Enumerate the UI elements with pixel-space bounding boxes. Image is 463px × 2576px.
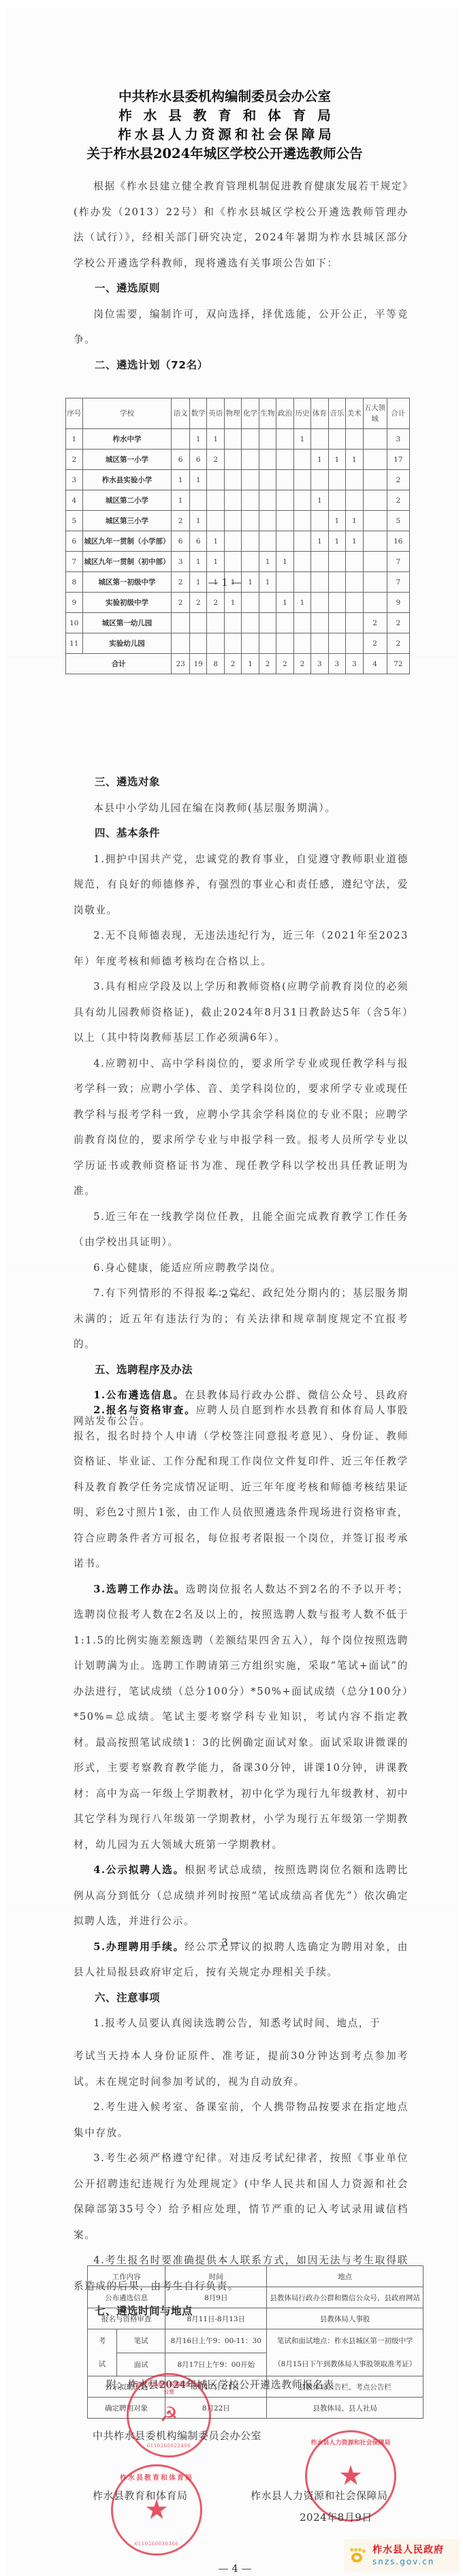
plan-cell: 1: [328, 511, 345, 531]
plan-cell: [293, 450, 310, 470]
plan-cell: [363, 490, 387, 511]
plan-cell: [346, 490, 363, 511]
condition-1: 1.拥护中国共产党，忠诚党的教育事业，自觉遵守教师职业道德规范，有良好的师德修养…: [74, 847, 409, 924]
plan-cell: [259, 593, 276, 613]
header-task: 工作内容: [88, 2266, 165, 2287]
time-cell: 8月16日上午9：00-11：30: [165, 2329, 267, 2353]
total-cell: 2: [259, 654, 276, 674]
plan-cell: [363, 593, 387, 613]
plan-cell: 7: [66, 552, 83, 572]
stamp-1-code: 6110260022406: [129, 2443, 209, 2449]
plan-cell: [242, 470, 259, 490]
total-cell: 23: [172, 654, 190, 674]
stamp-2-code: 6110260030366: [113, 2541, 200, 2547]
plan-cell: [276, 490, 293, 511]
plan-cell: 5: [387, 511, 409, 531]
plan-cell: 1: [346, 531, 363, 552]
star-icon: ★: [338, 2462, 363, 2489]
plan-cell: [224, 633, 241, 654]
plan-cell: [242, 450, 259, 470]
plan-cell: [293, 633, 310, 654]
exam-place-line-1: 笔试和面试地点：柞水县城区第一初级中学: [268, 2329, 421, 2353]
header-cell: 美术: [346, 398, 363, 429]
education-bureau-stamp: 柞水县教育和体育局 ★ 6110260030366: [111, 2464, 202, 2556]
plan-table-row: 2城区第一小学66211117: [66, 450, 410, 470]
plan-cell: [242, 531, 259, 552]
plan-cell: [311, 511, 328, 531]
plan-cell: [259, 633, 276, 654]
plan-cell: [311, 552, 328, 572]
title-line-2: 柞水县教育和体育局: [0, 106, 449, 125]
plan-cell: 9: [387, 593, 409, 613]
plan-table-total-row: 合计2319821222333472: [66, 654, 410, 674]
procedure-3: 3.选聘工作办法。选聘岗位报名人数达不到2名的不予以开考；选聘岗位报考人数在2名…: [74, 1577, 409, 1858]
header-cell: 体育: [311, 398, 328, 429]
total-cell: 2: [293, 654, 310, 674]
plan-table-row: 7城区九年一贯制（初中部）311117: [66, 552, 410, 572]
total-cell: 72: [387, 654, 409, 674]
plan-cell: [311, 633, 328, 654]
plan-cell: [346, 633, 363, 654]
total-cell: 8: [207, 654, 224, 674]
plan-cell: [242, 429, 259, 450]
exam-label-cell: 考 试: [88, 2329, 117, 2376]
plan-cell: 1: [172, 490, 190, 511]
plan-cell: 2: [363, 633, 387, 654]
plan-cell: [224, 511, 241, 531]
procedure-3-text: 选聘岗位报名人数达不到2名的不予以开考；选聘岗位报考人数在2名及以上的，按照选聘…: [74, 1584, 409, 1851]
plan-cell: 2: [387, 613, 409, 633]
time-cell: 8月17日上午9：00开始: [165, 2353, 267, 2376]
plan-cell: [346, 470, 363, 490]
plan-cell: [346, 429, 363, 450]
school-name-cell: 城区第三小学: [82, 511, 172, 531]
plan-table-row: 10城区第一幼儿园22: [66, 613, 410, 633]
task-cell: 笔试: [117, 2329, 165, 2353]
watermark-site-name: 柞水县人民政府: [372, 2544, 444, 2556]
header-cell: 五大领域: [363, 398, 387, 429]
site-watermark[interactable]: 柞水县人民政府 snzs.gov.cn: [344, 2539, 460, 2572]
plan-cell: 1: [311, 490, 328, 511]
plan-cell: [242, 593, 259, 613]
plan-cell: [224, 613, 241, 633]
task-cell: 面试: [117, 2353, 165, 2376]
plan-cell: [276, 633, 293, 654]
plan-cell: [346, 613, 363, 633]
plan-cell: 1: [189, 511, 207, 531]
time-cell: 8月9日: [165, 2287, 267, 2308]
plan-cell: 2: [66, 450, 83, 470]
plan-cell: [346, 593, 363, 613]
procedure-4: 4.公示拟聘人选。根据考试总成绩，按照选聘岗位名额和选聘比例从高分到低分（总成绩…: [74, 1857, 409, 1934]
plan-cell: 2: [387, 633, 409, 654]
page-number-1: — 1 —: [0, 576, 449, 588]
plan-cell: [242, 633, 259, 654]
header-cell: 英语: [207, 398, 224, 429]
section-5-heading: 五、选聘程序及办法: [74, 1357, 409, 1383]
plan-cell: 1: [293, 429, 310, 450]
page1-body: 根据《柞水县建立健全教育管理机制促进教育健康发展若干规定》(柞办发（2013）2…: [74, 174, 409, 378]
plan-cell: 2: [189, 593, 207, 613]
total-cell: 3: [311, 654, 328, 674]
plan-cell: [259, 613, 276, 633]
signature-date: 2024年8月9日: [300, 2510, 372, 2524]
header-cell: 学校: [82, 398, 172, 429]
plan-cell: 1: [293, 593, 310, 613]
hammer-sickle-icon: ☭: [160, 2405, 178, 2425]
exam-place-line-2: （8月15日下午到教体局人事股领取准考证）: [268, 2353, 421, 2376]
header-cell: 政治: [276, 398, 293, 429]
attachment-note[interactable]: 附：柞水县2024年城区学校公开遴选教师报名表: [106, 2377, 334, 2391]
school-name-cell: 城区九年一贯制（小学部）: [82, 531, 172, 552]
plan-cell: 7: [387, 552, 409, 572]
plan-cell: [224, 470, 241, 490]
plan-cell: [293, 613, 310, 633]
plan-cell: 9: [66, 593, 83, 613]
plan-cell: 3: [172, 552, 190, 572]
plan-cell: [242, 490, 259, 511]
plan-cell: 1: [328, 531, 345, 552]
plan-cell: 1: [66, 429, 83, 450]
plan-table-row: 1柞水中学1113: [66, 429, 410, 450]
exam-label-bottom: 试: [89, 2353, 115, 2376]
plan-cell: 6: [189, 450, 207, 470]
plan-cell: [259, 490, 276, 511]
plan-cell: [224, 450, 241, 470]
plan-cell: [224, 490, 241, 511]
plan-cell: [172, 613, 190, 633]
section-4-heading: 四、基本条件: [74, 821, 409, 847]
plan-cell: 1: [172, 470, 190, 490]
intro-paragraph: 根据《柞水县建立健全教育管理机制促进教育健康发展若干规定》(柞办发（2013）2…: [74, 174, 409, 276]
plan-cell: 1: [346, 511, 363, 531]
page-number-2: — 2 —: [0, 1288, 449, 1300]
schedule-row: 公布遴选信息 8月9日 县教体局行政办公群和微信公众号、县政府网站: [88, 2287, 424, 2308]
stamp-3-text: 柞水县人力资源和社会保障局: [307, 2438, 394, 2447]
school-name-cell: 城区九年一贯制（初中部）: [82, 552, 172, 572]
school-name-cell: 实验初级中学: [82, 593, 172, 613]
plan-cell: 1: [276, 552, 293, 572]
plan-cell: 2: [387, 470, 409, 490]
plan-cell: [363, 511, 387, 531]
plan-cell: 3: [66, 470, 83, 490]
plan-cell: [293, 470, 310, 490]
condition-6: 6.身心健康，能适应所应聘教学岗位。: [74, 1255, 409, 1281]
plan-cell: [328, 552, 345, 572]
section-1-text: 岗位需要，编制许可，双向选择，择优选能，公开公正，平等竞争。: [74, 302, 409, 353]
procedure-4-lead: 4.公示拟聘人选。: [93, 1864, 185, 1876]
plan-cell: [259, 450, 276, 470]
plan-cell: [276, 613, 293, 633]
plan-cell: 2: [172, 593, 190, 613]
plan-cell: [207, 613, 224, 633]
total-cell: 2: [224, 654, 241, 674]
plan-cell: [328, 593, 345, 613]
exam-label-top: 考: [89, 2329, 115, 2353]
place-cell: 县教体局行政办公群和微信公众号、县政府网站: [267, 2287, 424, 2308]
plan-cell: [224, 552, 241, 572]
plan-cell: [172, 429, 190, 450]
school-name-cell: 实验幼儿园: [82, 633, 172, 654]
plan-cell: 1: [276, 593, 293, 613]
section-2-heading: 二、遴选计划（72名）: [74, 353, 409, 379]
plan-cell: 2: [172, 511, 190, 531]
plan-cell: 2: [207, 593, 224, 613]
header-cell: 合计: [387, 398, 409, 429]
header-cell: 语文: [172, 398, 190, 429]
plan-cell: [328, 633, 345, 654]
plan-cell: 6: [172, 531, 190, 552]
plan-table-row: 4城区第二小学112: [66, 490, 410, 511]
plan-cell: [224, 429, 241, 450]
task-cell: 报名与资格审查: [88, 2308, 165, 2329]
school-name-cell: 柞水中学: [82, 429, 172, 450]
plan-cell: 2: [363, 613, 387, 633]
plan-cell: [328, 429, 345, 450]
plan-cell: 3: [387, 429, 409, 450]
total-cell: 1: [242, 654, 259, 674]
plan-cell: [207, 511, 224, 531]
plan-cell: 1: [207, 552, 224, 572]
plan-cell: [172, 633, 190, 654]
plan-cell: [207, 633, 224, 654]
exam-place-cell: 笔试和面试地点：柞水县城区第一初级中学 （8月15日下午到教体局人事股领取准考证…: [267, 2329, 424, 2376]
place-cell: 县教体局人事股: [267, 2308, 424, 2329]
plan-cell: [276, 531, 293, 552]
plan-cell: [328, 613, 345, 633]
section-3-text: 本县中小学幼儿园在编在岗教师(基层服务期满）。: [74, 796, 409, 821]
page-number-3: — 3 —: [0, 1936, 449, 1949]
header-cell: 数学: [189, 398, 207, 429]
total-cell: 2: [276, 654, 293, 674]
plan-cell: [311, 470, 328, 490]
schedule-row: 报名与资格审查 8月11日-8月13日 县教体局人事股: [88, 2308, 424, 2329]
plan-cell: [189, 633, 207, 654]
plan-cell: [363, 552, 387, 572]
signature-org-1: 中共柞水县委机构编制委员会办公室: [93, 2428, 261, 2443]
total-cell: 3: [328, 654, 345, 674]
plan-cell: [328, 470, 345, 490]
plan-cell: 6: [189, 531, 207, 552]
time-cell: 8月11日-8月13日: [165, 2308, 267, 2329]
plan-cell: [276, 450, 293, 470]
plan-cell: 6: [172, 450, 190, 470]
header-cell: 化学: [242, 398, 259, 429]
title-line-1: 中共柞水县委机构编制委员会办公室: [0, 87, 449, 106]
plan-cell: 16: [387, 531, 409, 552]
plan-cell: [276, 470, 293, 490]
plan-cell: [207, 490, 224, 511]
title-line-4: 关于柞水县2024年城区学校公开遴选教师公告: [0, 144, 449, 163]
plan-cell: 1: [189, 429, 207, 450]
plan-cell: [189, 490, 207, 511]
note-1-part-2: 考试当天持本人身份证原件、准考证，提前30分钟达到考点参加考试。未在规定时间参加…: [74, 2043, 409, 2094]
procedure-2-lead: 2.报名与资格审查。: [93, 1404, 195, 1416]
plan-cell: [259, 470, 276, 490]
plan-cell: [328, 490, 345, 511]
condition-4: 4.应聘初中、高中学科岗位的，要求所学专业或现任教学科与报考学科一致；应聘小学体…: [74, 1051, 409, 1204]
plan-cell: 1: [311, 531, 328, 552]
section-6-heading: 六、注意事项: [74, 1985, 409, 2011]
page2-body: 三、遴选对象 本县中小学幼儿园在编在岗教师(基层服务期满）。 四、基本条件 1.…: [74, 770, 409, 1434]
school-name-cell: 城区第二小学: [82, 490, 172, 511]
plan-cell: 1: [259, 552, 276, 572]
plan-cell: [346, 552, 363, 572]
government-logo-icon: [349, 2547, 366, 2564]
plan-cell: 17: [387, 450, 409, 470]
plan-cell: [207, 470, 224, 490]
plan-cell: 2: [387, 490, 409, 511]
plan-cell: [363, 531, 387, 552]
hr-bureau-stamp: 柞水县人力资源和社会保障局 ★: [305, 2430, 396, 2522]
plan-cell: 10: [66, 613, 83, 633]
total-cell: 3: [346, 654, 363, 674]
total-cell: 4: [363, 654, 387, 674]
plan-cell: [189, 613, 207, 633]
plan-cell: [293, 531, 310, 552]
signature-org-3: 柞水县人力资源和社会保障局: [251, 2488, 388, 2502]
plan-cell: 6: [66, 531, 83, 552]
header-time: 时间: [165, 2266, 267, 2287]
schedule-row-exam-written: 考 试 笔试 8月16日上午9：00-11：30 笔试和面试地点：柞水县城区第一…: [88, 2329, 424, 2353]
plan-cell: 2: [207, 450, 224, 470]
schedule-header: 工作内容 时间 地点: [88, 2266, 424, 2287]
task-cell: 公布遴选信息: [88, 2287, 165, 2308]
plan-table-row: 11实验幼儿园22: [66, 633, 410, 654]
header-cell: 生物: [259, 398, 276, 429]
plan-cell: [311, 613, 328, 633]
section-3-heading: 三、遴选对象: [74, 770, 409, 796]
total-label-cell: 合计: [66, 654, 172, 674]
recruitment-plan-table: 序号 学校 语文 数学 英语 物理 化学 生物 政治 历史 体育 音乐 美术 五…: [65, 398, 410, 674]
plan-cell: [311, 593, 328, 613]
plan-cell: [242, 613, 259, 633]
school-name-cell: 柞水县实验小学: [82, 470, 172, 490]
plan-cell: 1: [328, 450, 345, 470]
plan-table-row: 5城区第三小学21115: [66, 511, 410, 531]
signature-org-2: 柞水县教育和体育局: [93, 2488, 188, 2502]
plan-cell: [293, 552, 310, 572]
plan-table-row: 9实验初级中学2221119: [66, 593, 410, 613]
plan-cell: 1: [189, 470, 207, 490]
plan-table-body: 1柞水中学11132城区第一小学662111173柞水县实验小学1124城区第二…: [66, 429, 410, 674]
section-1-heading: 一、遴选原则: [74, 276, 409, 302]
header-place: 地点: [267, 2266, 424, 2287]
document-title: 中共柞水县委机构编制委员会办公室 柞水县教育和体育局 柞水县人力资源和社会保障局…: [0, 87, 449, 163]
note-2: 2.考生进入候考室、备课室前，个人携带物品按要求在指定地点集中存放。: [74, 2094, 409, 2146]
plan-cell: [311, 429, 328, 450]
plan-table-row: 6城区九年一贯制（小学部）66111116: [66, 531, 410, 552]
plan-cell: [276, 429, 293, 450]
title-line-3: 柞水县人力资源和社会保障局: [0, 125, 449, 144]
plan-cell: [363, 470, 387, 490]
procedure-2-text: 应聘人员自愿到柞水县教育和体育局人事股报名，报名时持个人申请（学校签注同意报考意…: [74, 1404, 409, 1569]
stamp-2-text: 柞水县教育和体育局: [113, 2472, 200, 2482]
plan-cell: 1: [207, 531, 224, 552]
plan-cell: [363, 450, 387, 470]
plan-table-row: 3柞水县实验小学112: [66, 470, 410, 490]
school-name-cell: 城区第一幼儿园: [82, 613, 172, 633]
plan-cell: [242, 511, 259, 531]
header-cell: 历史: [293, 398, 310, 429]
condition-5: 5.近三年在一线教学岗位任教，且能全面完成教育教学工作任务（由学校出具证明）。: [74, 1204, 409, 1255]
header-cell: 音乐: [328, 398, 345, 429]
place-cell: 县教体局、县人社局: [267, 2398, 424, 2419]
plan-cell: [242, 552, 259, 572]
plan-cell: 1: [224, 593, 241, 613]
header-cell: 物理: [224, 398, 241, 429]
plan-cell: [293, 490, 310, 511]
condition-3: 3.具有相应学段及以上学历和教师资格(应聘学前教育岗位的必须具有幼儿园教师资格证…: [74, 974, 409, 1051]
plan-cell: 1: [189, 552, 207, 572]
plan-cell: 1: [346, 450, 363, 470]
header-cell: 序号: [66, 398, 83, 429]
school-name-cell: 城区第一小学: [82, 450, 172, 470]
plan-cell: [259, 429, 276, 450]
plan-cell: 5: [66, 511, 83, 531]
plan-cell: [259, 511, 276, 531]
plan-cell: 4: [66, 490, 83, 511]
plan-cell: 1: [311, 450, 328, 470]
plan-cell: [276, 511, 293, 531]
procedure-3-lead: 3.选聘工作办法。: [93, 1584, 185, 1595]
plan-cell: [293, 511, 310, 531]
plan-cell: [363, 429, 387, 450]
plan-cell: [224, 531, 241, 552]
note-1-part-1: 1.报考人员要认真阅读选聘公告，知悉考试时间、地点，于: [74, 2011, 409, 2037]
plan-cell: 11: [66, 633, 83, 654]
plan-cell: 1: [207, 429, 224, 450]
total-cell: 19: [189, 654, 207, 674]
condition-2: 2.无不良师德表现，无违法违纪行为，近三年（2021年至2023年）年度考核和师…: [74, 923, 409, 974]
plan-cell: [259, 531, 276, 552]
watermark-site-url: snzs.gov.cn: [372, 2556, 444, 2567]
plan-table-header: 序号 学校 语文 数学 英语 物理 化学 生物 政治 历史 体育 音乐 美术 五…: [66, 398, 410, 429]
note-3: 3.考生必须严格遵守纪律。对违反考试纪律者，按照《事业单位公开招聘违纪违规行为处…: [74, 2146, 409, 2248]
procedure-2: 2.报名与资格审查。应聘人员自愿到柞水县教育和体育局人事股报名，报名时持个人申请…: [74, 1398, 409, 1577]
